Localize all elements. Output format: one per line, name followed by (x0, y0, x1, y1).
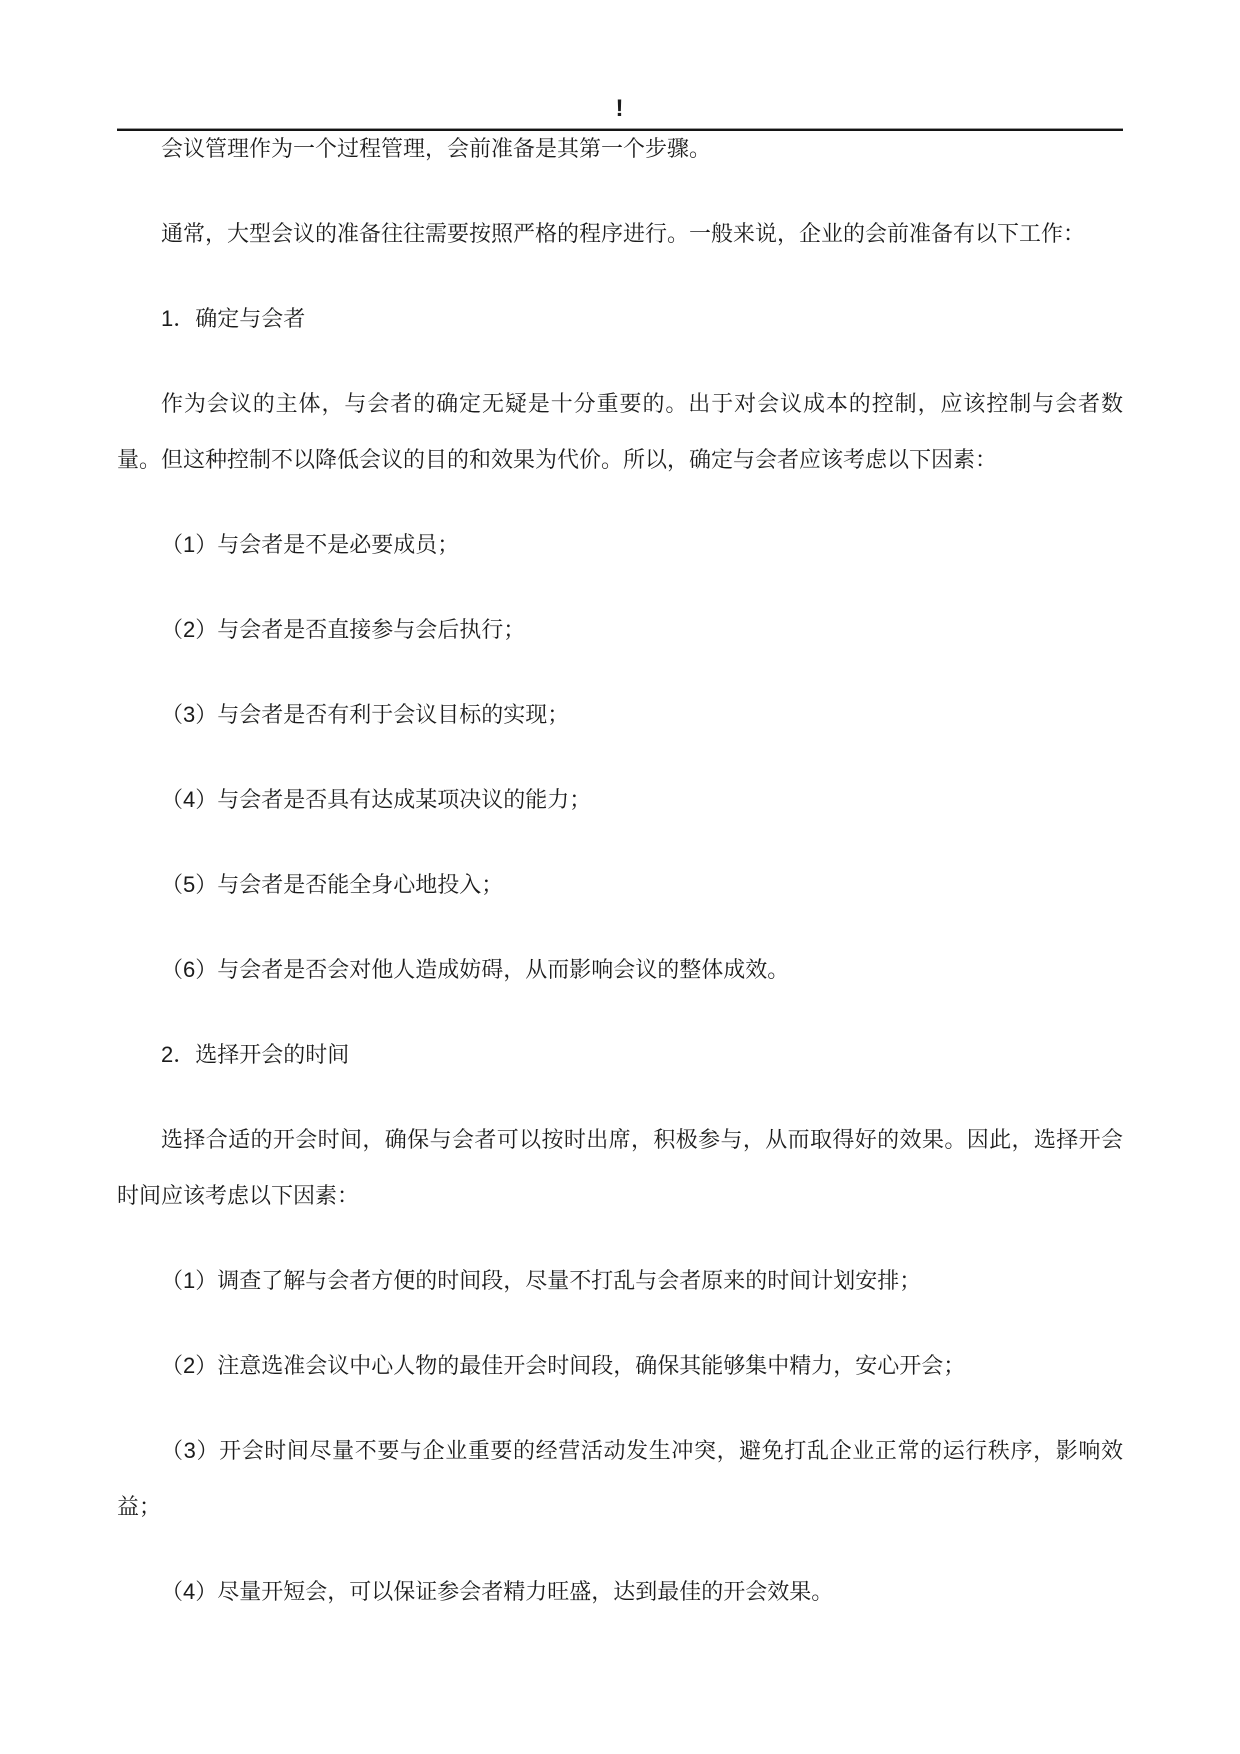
section-2-intro-paragraph: 选择合适的开会时间，确保与会者可以按时出席，积极参与，从而取得好的效果。因此，选… (117, 1112, 1123, 1224)
section-2-item-2: （2）注意选准会议中心人物的最佳开会时间段，确保其能够集中精力，安心开会； (117, 1338, 1123, 1394)
section-1-item-6: （6）与会者是否会对他人造成妨碍，从而影响会议的整体成效。 (117, 942, 1123, 998)
header-exclamation-mark: ! (117, 96, 1123, 122)
section-1-item-2: （2）与会者是否直接参与会后执行； (117, 602, 1123, 658)
intro-paragraph: 会议管理作为一个过程管理，会前准备是其第一个步骤。 (117, 121, 1123, 177)
section-2-heading: 2．选择开会的时间 (117, 1027, 1123, 1083)
section-2-item-3: （3）开会时间尽量不要与企业重要的经营活动发生冲突，避免打乱企业正常的运行秩序，… (117, 1423, 1123, 1535)
section-1-item-4: （4）与会者是否具有达成某项决议的能力； (117, 772, 1123, 828)
page-header: ! (117, 0, 1123, 131)
section-1-intro-paragraph: 作为会议的主体，与会者的确定无疑是十分重要的。出于对会议成本的控制，应该控制与会… (117, 376, 1123, 488)
section-2-item-1: （1）调查了解与会者方便的时间段，尽量不打乱与会者原来的时间计划安排； (117, 1253, 1123, 1309)
section-1-heading: 1．确定与会者 (117, 291, 1123, 347)
document-content: 会议管理作为一个过程管理，会前准备是其第一个步骤。 通常，大型会议的准备往往需要… (117, 121, 1123, 1620)
section-2-item-4: （4）尽量开短会，可以保证参会者精力旺盛，达到最佳的开会效果。 (117, 1564, 1123, 1620)
section-1-item-1: （1）与会者是不是必要成员； (117, 517, 1123, 573)
section-1-item-5: （5）与会者是否能全身心地投入； (117, 857, 1123, 913)
document-body: ! 会议管理作为一个过程管理，会前准备是其第一个步骤。 通常，大型会议的准备往往… (0, 0, 1240, 1620)
preparation-overview-paragraph: 通常，大型会议的准备往往需要按照严格的程序进行。一般来说，企业的会前准备有以下工… (117, 206, 1123, 262)
document-page: { "document": { "header_mark": "!", "par… (0, 0, 1240, 1754)
section-1-item-3: （3）与会者是否有利于会议目标的实现； (117, 687, 1123, 743)
